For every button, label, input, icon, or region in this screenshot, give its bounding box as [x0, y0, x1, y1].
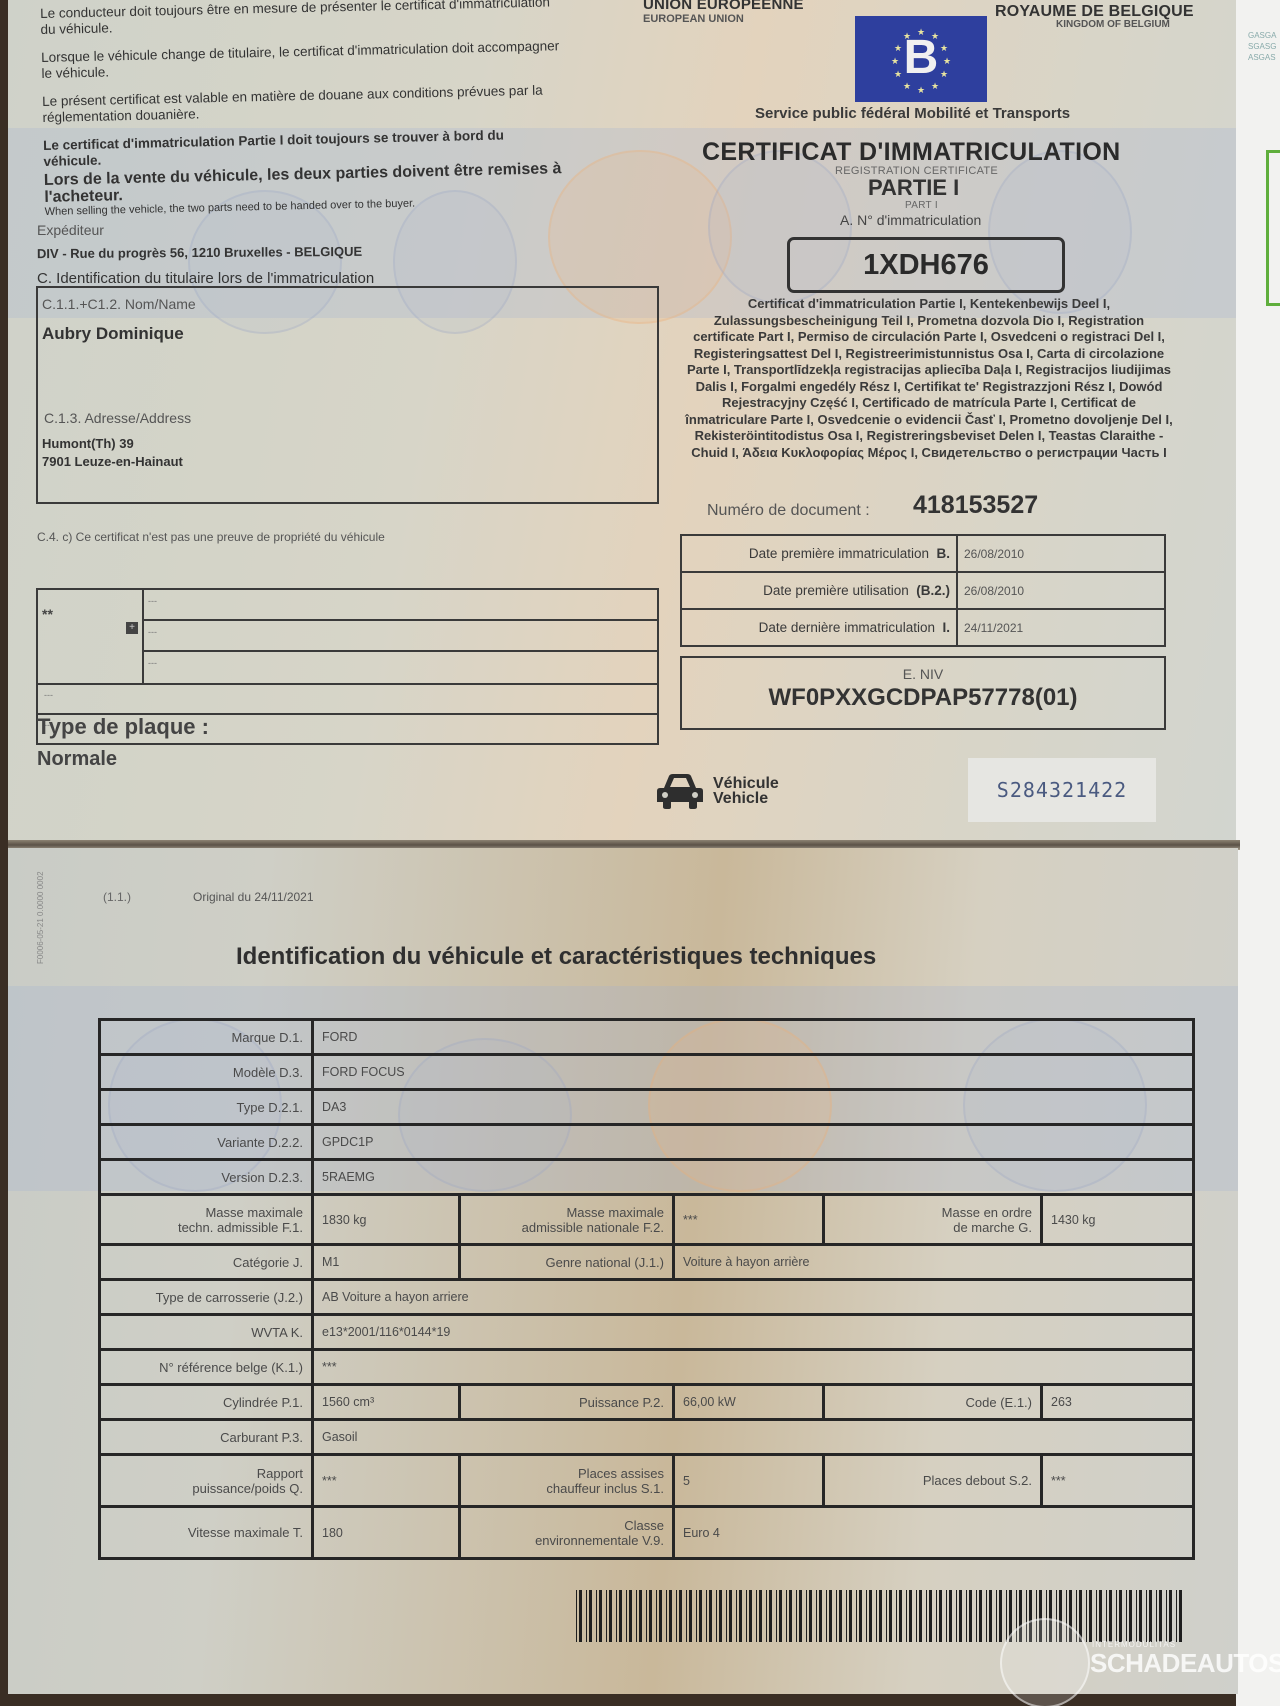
- sender-address: DIV - Rue du progrès 56, 1210 Bruxelles …: [37, 244, 362, 261]
- sender-label: Expéditeur: [37, 222, 104, 238]
- date-label: Date dernière immatriculation I.: [681, 609, 957, 646]
- tech-row: Cylindrée P.1. 1560 cm³ Puissance P.2. 6…: [100, 1385, 1194, 1420]
- tech-row: Carburant P.3.Gasoil: [100, 1420, 1194, 1455]
- vehicle-label-en: Vehicle: [713, 791, 768, 806]
- vehicle-label-fr: Véhicule: [713, 776, 779, 791]
- tech-row: N° référence belge (K.1.)***: [100, 1350, 1194, 1385]
- tech-row: Variante D.2.2.GPDC1P: [100, 1125, 1194, 1160]
- part-title-en: PART I: [905, 200, 938, 211]
- star-icon: ★: [931, 32, 939, 41]
- divider: [142, 590, 144, 683]
- tech-label: Code (E.1.): [824, 1385, 1042, 1420]
- holder-name: Aubry Dominique: [42, 324, 184, 344]
- owner-row: ---: [148, 596, 157, 606]
- owner-stars: **: [42, 606, 53, 622]
- background-sheet-text: GASGASGASGASGAS: [1248, 30, 1278, 63]
- plate-number-label: A. N° d'immatriculation: [840, 212, 981, 228]
- vehicle-badge: Véhicule Vehicle: [656, 772, 704, 815]
- date-row: Date dernière immatriculation I. 24/11/2…: [681, 609, 1165, 646]
- holder-address-line1: Humont(Th) 39: [42, 436, 134, 451]
- star-icon: ★: [891, 57, 899, 66]
- flag-country-letter: B: [855, 30, 987, 86]
- date-row: Date première utilisation (B.2.) 26/08/2…: [681, 572, 1165, 609]
- tech-value: DA3: [313, 1090, 1194, 1125]
- tech-label: Marque D.1.: [100, 1020, 313, 1055]
- document-number: 418153527: [913, 491, 1038, 520]
- tech-label: Variante D.2.2.: [100, 1125, 313, 1160]
- eu-title: UNION EUROPEENNE: [643, 0, 804, 13]
- date-row: Date première immatriculation B. 26/08/2…: [681, 535, 1165, 572]
- certificate-title: CERTIFICAT D'IMMATRICULATION: [702, 138, 1120, 167]
- globe-icon: [1000, 1618, 1090, 1706]
- date-value: 24/11/2021: [957, 609, 1165, 646]
- tech-value: Gasoil: [313, 1420, 1194, 1455]
- tech-value: e13*2001/116*0144*19: [313, 1315, 1194, 1350]
- tech-value: ***: [1042, 1455, 1194, 1507]
- part-title: PARTIE I: [868, 175, 959, 201]
- tech-value: 263: [1042, 1385, 1194, 1420]
- background-sheet: GASGASGASGASGAS: [1236, 0, 1280, 1706]
- tech-label: WVTA K.: [100, 1315, 313, 1350]
- kingdom-subtitle: KINGDOM OF BELGIUM: [1056, 19, 1170, 30]
- divider: [144, 650, 659, 652]
- tech-value: 1830 kg: [313, 1195, 460, 1245]
- date-value: 26/08/2010: [957, 535, 1165, 572]
- vin-value: WF0PXXGCDPAP57778(01): [682, 684, 1164, 712]
- tech-label: Cylindrée P.1.: [100, 1385, 313, 1420]
- star-icon: ★: [917, 86, 925, 95]
- star-icon: ★: [894, 70, 902, 79]
- divider: [38, 683, 659, 685]
- tech-value: 1560 cm³: [313, 1385, 460, 1420]
- tech-value: AB Voiture a hayon arriere: [313, 1280, 1194, 1315]
- holder-name-label: C.1.1.+C1.2. Nom/Name: [42, 296, 196, 312]
- tech-label: Classeenvironnementale V.9.: [460, 1507, 674, 1559]
- tech-value: 5: [674, 1455, 824, 1507]
- tech-row: Modèle D.3.FORD FOCUS: [100, 1055, 1194, 1090]
- plate-number: 1XDH676: [787, 237, 1065, 293]
- tech-label: Places assiseschauffeur inclus S.1.: [460, 1455, 674, 1507]
- tech-value: Voiture à hayon arrière: [674, 1245, 1194, 1280]
- tech-row: Version D.2.3.5RAEMG: [100, 1160, 1194, 1195]
- plus-icon: +: [126, 622, 138, 634]
- date-label: Date première immatriculation B.: [681, 535, 957, 572]
- tech-value: 1430 kg: [1042, 1195, 1194, 1245]
- tech-row: Type D.2.1.DA3: [100, 1090, 1194, 1125]
- tech-row: Catégorie J. M1 Genre national (J.1.) Vo…: [100, 1245, 1194, 1280]
- document-number-label: Numéro de document :: [707, 502, 870, 520]
- tech-row: WVTA K.e13*2001/116*0144*19: [100, 1315, 1194, 1350]
- technical-table: Marque D.1.FORD Modèle D.3.FORD FOCUS Ty…: [98, 1018, 1195, 1560]
- star-icon: ★: [940, 70, 948, 79]
- holder-box: C.1.1.+C1.2. Nom/Name Aubry Dominique C.…: [36, 286, 659, 504]
- tech-row: Vitesse maximale T. 180 Classeenvironnem…: [100, 1507, 1194, 1559]
- owner-row: ---: [148, 658, 157, 668]
- tech-row: Rapportpuissance/poids Q. *** Places ass…: [100, 1455, 1194, 1507]
- tech-label: Masse maximaletechn. admissible F.1.: [100, 1195, 313, 1245]
- tech-label: Puissance P.2.: [460, 1385, 674, 1420]
- serial-box: S284321422: [968, 758, 1156, 822]
- date-value: 26/08/2010: [957, 572, 1165, 609]
- issuing-authority: Service public fédéral Mobilité et Trans…: [755, 105, 1070, 122]
- technical-title: Identification du véhicule et caractéris…: [236, 943, 876, 971]
- tech-label: Masse maximaleadmissible nationale F.2.: [460, 1195, 674, 1245]
- vin-label: E. NIV: [682, 666, 1164, 682]
- tech-value: ***: [674, 1195, 824, 1245]
- tech-label: Genre national (J.1.): [460, 1245, 674, 1280]
- tech-label: N° référence belge (K.1.): [100, 1350, 313, 1385]
- owner-row: ---: [44, 690, 53, 700]
- star-icon: ★: [903, 82, 911, 91]
- holder-address-line2: 7901 Leuze-en-Hainaut: [42, 454, 183, 469]
- owner-row: ---: [148, 627, 157, 637]
- tech-value: ***: [313, 1350, 1194, 1385]
- tech-value: FORD FOCUS: [313, 1055, 1194, 1090]
- tech-label: Type D.2.1.: [100, 1090, 313, 1125]
- plate-type-label: Type de plaque :: [37, 714, 209, 740]
- vin-box: E. NIV WF0PXXGCDPAP57778(01): [680, 656, 1166, 730]
- tech-value: Euro 4: [674, 1507, 1194, 1559]
- section-ref: (1.1.): [103, 890, 131, 904]
- tech-row: Type de carrosserie (J.2.)AB Voiture a h…: [100, 1280, 1194, 1315]
- eu-flag: B ★ ★ ★ ★ ★ ★ ★ ★ ★ ★ ★ ★: [855, 16, 987, 102]
- tech-value: 180: [313, 1507, 460, 1559]
- date-label: Date première utilisation (B.2.): [681, 572, 957, 609]
- holder-address-label: C.1.3. Adresse/Address: [44, 410, 191, 426]
- star-icon: ★: [940, 44, 948, 53]
- tech-label: Modèle D.3.: [100, 1055, 313, 1090]
- tech-value: GPDC1P: [313, 1125, 1194, 1160]
- tech-value: 5RAEMG: [313, 1160, 1194, 1195]
- tech-label: Carburant P.3.: [100, 1420, 313, 1455]
- star-icon: ★: [903, 32, 911, 41]
- tech-value: 66,00 kW: [674, 1385, 824, 1420]
- star-icon: ★: [931, 82, 939, 91]
- background-green-box: [1266, 150, 1280, 306]
- tech-row: Marque D.1.FORD: [100, 1020, 1194, 1055]
- tech-value: FORD: [313, 1020, 1194, 1055]
- car-icon: [656, 772, 704, 810]
- tech-label: Vitesse maximale T.: [100, 1507, 313, 1559]
- tech-row: Masse maximaletechn. admissible F.1. 183…: [100, 1195, 1194, 1245]
- eu-subtitle: EUROPEAN UNION: [643, 13, 744, 25]
- multilingual-title: Certificat d'immatriculation Partie I, K…: [682, 296, 1176, 461]
- dates-table: Date première immatriculation B. 26/08/2…: [680, 534, 1166, 647]
- star-icon: ★: [894, 44, 902, 53]
- tech-label: Type de carrosserie (J.2.): [100, 1280, 313, 1315]
- divider: [144, 619, 659, 621]
- ownership-notice: C.4. c) Ce certificat n'est pas une preu…: [37, 530, 385, 544]
- watermark-brand: SCHADEAUTOS.NL: [1090, 1648, 1280, 1679]
- tech-label: Catégorie J.: [100, 1245, 313, 1280]
- star-icon: ★: [943, 57, 951, 66]
- serial-number: S284321422: [968, 758, 1156, 822]
- original-date: Original du 24/11/2021: [193, 890, 314, 904]
- tech-value: ***: [313, 1455, 460, 1507]
- star-icon: ★: [917, 28, 925, 37]
- tech-label: Rapportpuissance/poids Q.: [100, 1455, 313, 1507]
- tech-label: Masse en ordrede marche G.: [824, 1195, 1042, 1245]
- holder-section-title: C. Identification du titulaire lors de l…: [37, 270, 374, 287]
- side-code: F0006-05-21 0.0000 0002: [36, 871, 45, 964]
- tech-label: Places debout S.2.: [824, 1455, 1042, 1507]
- tech-value: M1: [313, 1245, 460, 1280]
- plate-type-value: Normale: [37, 748, 117, 771]
- barcode: [574, 1590, 1186, 1642]
- tech-label: Version D.2.3.: [100, 1160, 313, 1195]
- notice-block: Le conducteur doit toujours être en mesu…: [40, 0, 563, 219]
